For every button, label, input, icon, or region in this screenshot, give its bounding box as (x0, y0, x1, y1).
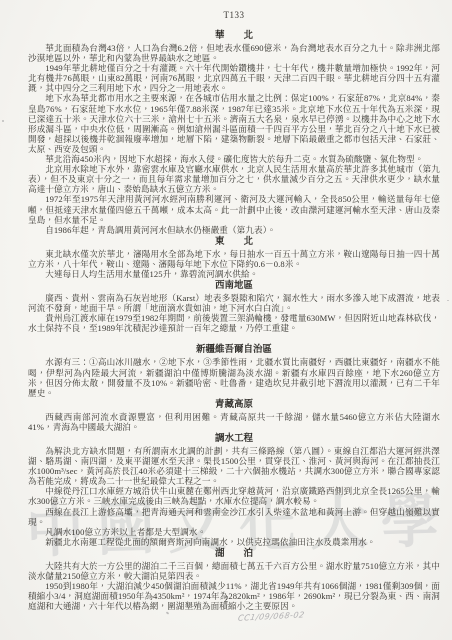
paragraph: 華北面積為台灣43倍，人口為台灣6.2倍，但地表水僅690億米，為台灣地表水百分… (28, 43, 440, 63)
section-title-lakes: 湖 泊 (28, 548, 440, 560)
paragraph: 1972年至1975年天津用黃河河水經河南勝利運河、衛河及大運河輸入，全長850… (28, 194, 440, 224)
section-title-southwest: 西南地區 (28, 280, 440, 292)
paragraph: 1949年華北耕地僅百分之十有灌溉。六十年代開始鑽機井，七十年代，機井數量增加極… (28, 63, 440, 93)
paragraph: 東北缺水僅次於華北，瀋陽用水全部為地下水，每日抽水一百五十萬立方米，鞍山遼陽每日… (28, 249, 440, 269)
scan-speck (166, 611, 170, 614)
paragraph: 西藏西南部河流水資源豐富，但利用困難。青藏高原共一千餘湖，儲水量5460億立方米… (28, 412, 440, 432)
page-number: 2 (0, 594, 452, 604)
handwritten-annotation: CC1/09/068-02 (237, 610, 305, 623)
paragraph: 水源有三：①高山冰川融水，②地下水，③季節性雨，北疆水質比南疆好，西疆比東疆好，… (28, 357, 440, 397)
paragraph: 北京用水除地下水外，靠密雲水庫及官廳水庫供水，北京人民生活用水量高於華北許多其他… (28, 164, 440, 194)
section-title-north-china: 華 北 (28, 30, 440, 42)
document-code: T133 (28, 10, 440, 20)
scan-speck (447, 300, 449, 301)
paragraph: 地下水為華北都市用水之主要來源，在各城市佔用水量之比例：保定100%，石家莊87… (28, 93, 440, 154)
paragraph: 大連每日人均生活用水量僅125升，靠碧流河調水供給。 (28, 269, 440, 279)
paragraph: 凡調水100億立方米以上者都是大型調水。 (28, 527, 440, 537)
paragraph: 西線在長江上游修高壩，把青海通天河和雲南金沙江水引入柴達木盆地和黃河上游。但穿越… (28, 507, 440, 527)
section-title-water-transfer: 調水工程 (28, 433, 440, 445)
paragraph: 自1986年起，青島調用黃河河水但缺水仍極嚴重（第九表）。 (28, 225, 440, 235)
scan-speck (2, 120, 4, 122)
paragraph: 廣西、貴州、雲南為石灰岩地形（Karst）地表多裂隙和陷穴，漏水性大，雨水多滲入… (28, 293, 440, 313)
scanned-document-page: 中國文化大學 T133 華 北 華北面積為台灣43倍，人口為台灣6.2倍，但地表… (0, 0, 452, 640)
document-content: T133 華 北 華北面積為台灣43倍，人口為台灣6.2倍，但地表水僅690億米… (28, 10, 440, 611)
section-title-northeast: 東 北 (28, 236, 440, 248)
paragraph: 中線從丹江口水庫經方城沿伏牛山東麓在鄭州西北穿越黃河，沿京廣鐵路西側到北京全長1… (28, 486, 440, 506)
section-title-qinghai-tibet: 青藏高原 (28, 399, 440, 411)
paragraph: 大陸共有大於一方公里的湖泊二千三百個，總面積七萬五千六百方公里。湖水貯量7510… (28, 561, 440, 581)
section-title-xinjiang: 新疆維吾爾自治區 (28, 344, 440, 356)
paragraph: 貴州烏江渡水庫在1979至1982年期間，前後裝置三架渦輪機，發電量630MW，… (28, 313, 440, 333)
paragraph: 華北沿海450米內，因地下水超採，海水入侵。礦化度皆大於每升二克。水質為硫酸鹽、… (28, 154, 440, 164)
paragraph: 新疆北水南運工程從北面的額爾齊斯河向南調水，以供克拉瑪依油田注水及農業用水。 (28, 537, 440, 547)
paragraph: 為解決北方缺水問題，有所謂南水北調的計劃，共有三條路線（第八圖）。東線自江都沿大… (28, 446, 440, 486)
